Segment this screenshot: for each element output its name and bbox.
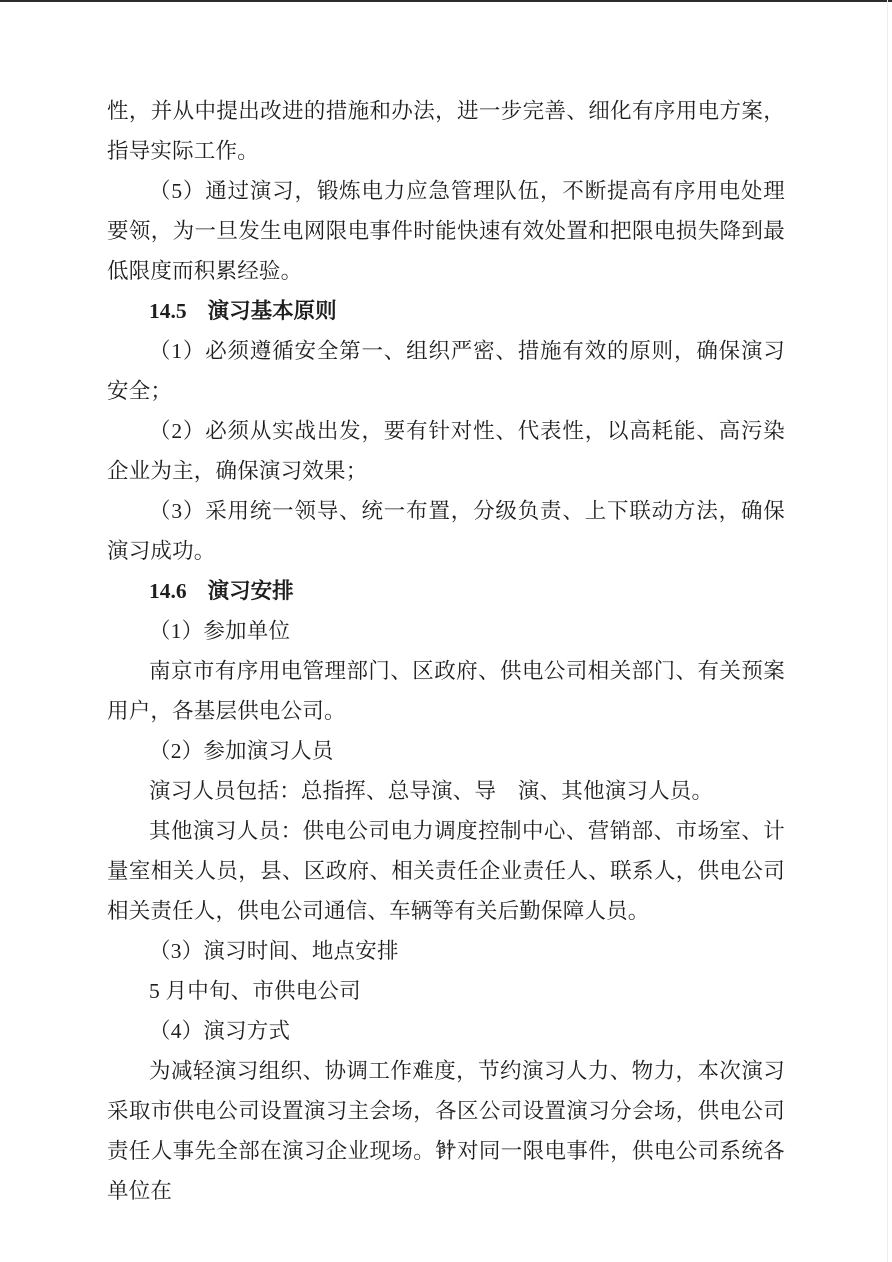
paragraph: （3）采用统一领导、统一布置，分级负责、上下联动方法，确保演习成功。 [107, 491, 785, 571]
document-page: 性，并从中提出改进的措施和办法，进一步完善、细化有序用电方案，指导实际工作。（5… [0, 0, 892, 1262]
page-footer: 37 [0, 1138, 892, 1162]
paragraph: 性，并从中提出改进的措施和办法，进一步完善、细化有序用电方案，指导实际工作。 [107, 91, 785, 171]
paragraph: （5）通过演习，锻炼电力应急管理队伍，不断提高有序用电处理要领，为一旦发生电网限… [107, 171, 785, 291]
paragraph: （3）演习时间、地点安排 [107, 931, 785, 971]
section-heading: 14.5演习基本原则 [107, 291, 785, 331]
document-body: 性，并从中提出改进的措施和办法，进一步完善、细化有序用电方案，指导实际工作。（5… [107, 91, 785, 1211]
page-right-edge [887, 0, 888, 1262]
section-heading: 14.6演习安排 [107, 571, 785, 611]
page-number: 37 [438, 1141, 454, 1158]
section-number: 14.5 [149, 299, 187, 323]
paragraph: （4）演习方式 [107, 1011, 785, 1051]
paragraph: （2）参加演习人员 [107, 731, 785, 771]
paragraph: （1）必须遵循安全第一、组织严密、措施有效的原则，确保演习安全； [107, 331, 785, 411]
paragraph: 其他演习人员：供电公司电力调度控制中心、营销部、市场室、计量室相关人员，县、区政… [107, 811, 785, 931]
paragraph: （2）必须从实战出发，要有针对性、代表性，以高耗能、高污染企业为主，确保演习效果… [107, 411, 785, 491]
page-top-edge [0, 0, 892, 2]
paragraph: 南京市有序用电管理部门、区政府、供电公司相关部门、有关预案用户，各基层供电公司。 [107, 651, 785, 731]
paragraph: 5 月中旬、市供电公司 [107, 971, 785, 1011]
paragraph: （1）参加单位 [107, 611, 785, 651]
paragraph: 演习人员包括：总指挥、总导演、导 演、其他演习人员。 [107, 771, 785, 811]
section-number: 14.6 [149, 579, 187, 603]
section-title: 演习安排 [208, 579, 294, 603]
section-title: 演习基本原则 [208, 299, 337, 323]
paragraph: 为减轻演习组织、协调工作难度，节约演习人力、物力，本次演习采取市供电公司设置演习… [107, 1051, 785, 1211]
